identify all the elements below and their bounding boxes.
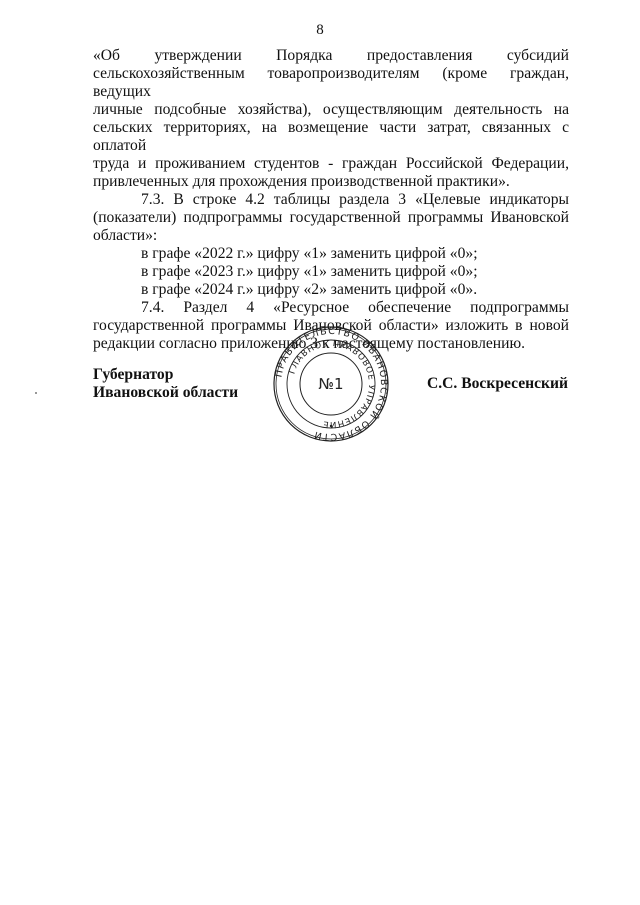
paragraph-2024-change: в графе «2024 г.» цифру «2» заменить циф…	[93, 281, 569, 299]
paragraph-quote-line-4: сельских территориях, на возмещение част…	[93, 119, 569, 155]
stamp-seal-icon: ПРАВИТЕЛЬСТВО ИВАНОВСКОЙ ОБЛАСТИ ГЛАВНОЕ…	[272, 325, 390, 443]
paragraph-7-3: 7.3. В строке 4.2 таблицы раздела 3 «Цел…	[93, 191, 569, 245]
paragraph-2022-change: в графе «2022 г.» цифру «1» заменить циф…	[93, 245, 569, 263]
page-number: 8	[0, 22, 640, 39]
paragraph-quote-line-6: привлеченных для прохождения производств…	[93, 173, 569, 191]
scan-artifact	[35, 392, 37, 394]
paragraph-quote-line-3: личные подсобные хозяйства), осуществляю…	[93, 101, 569, 119]
signatory-title-line-1: Губернатор	[93, 366, 238, 384]
stamp-center-text: №1	[318, 375, 343, 393]
paragraph-quote-line-1: «Об утверждении Порядка предоставления с…	[93, 47, 569, 65]
signatory-title-line-2: Ивановской области	[93, 384, 238, 402]
paragraph-2023-change: в графе «2023 г.» цифру «1» заменить циф…	[93, 263, 569, 281]
paragraph-quote-line-5: труда и проживанием студентов - граждан …	[93, 155, 569, 173]
signatory-name: С.С. Воскресенский	[416, 375, 568, 393]
paragraph-quote-line-2: сельскохозяйственным товаропроизводителя…	[93, 65, 569, 101]
official-stamp: ПРАВИТЕЛЬСТВО ИВАНОВСКОЙ ОБЛАСТИ ГЛАВНОЕ…	[272, 325, 390, 443]
document-body: «Об утверждении Порядка предоставления с…	[93, 47, 569, 353]
signatory-title: Губернатор Ивановской области	[93, 366, 238, 402]
